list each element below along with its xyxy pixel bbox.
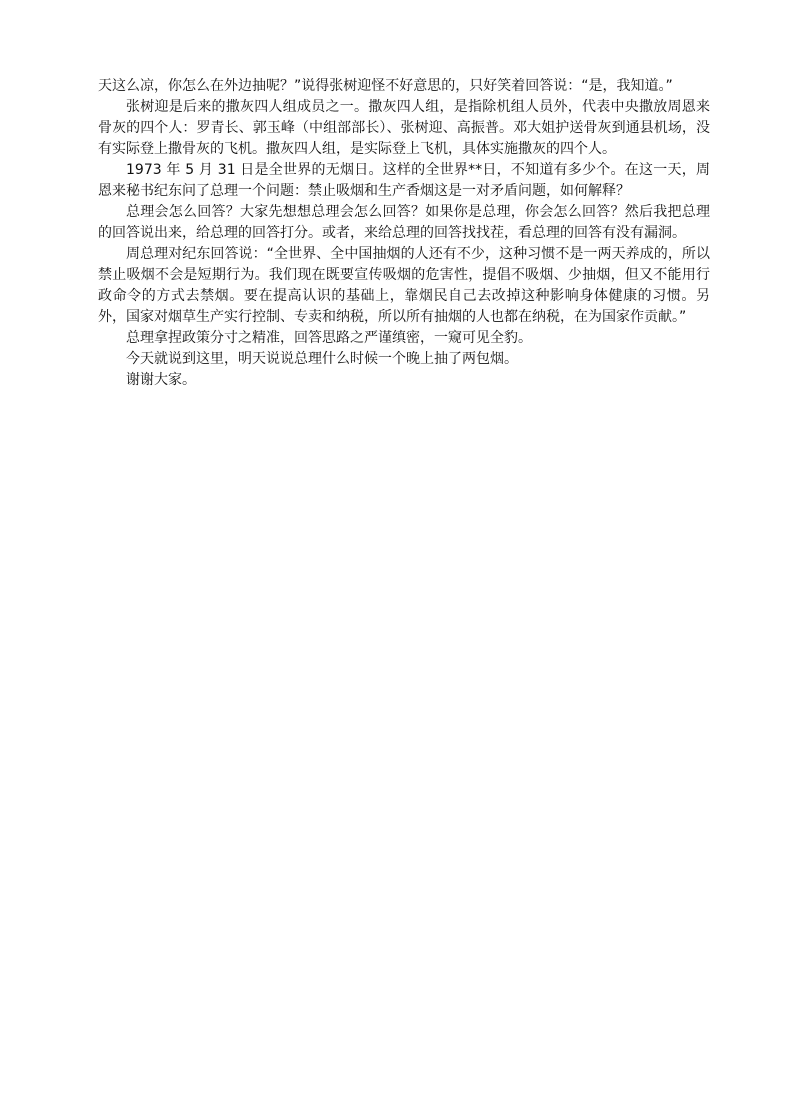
paragraph-4: 总理会怎么回答？大家先想想总理会怎么回答？如果你是总理，你会怎么回答？然后我把总… <box>98 202 710 244</box>
paragraph-2: 张树迎是后来的撒灰四人组成员之一。撒灰四人组，是指除机组人员外，代表中央撒放周恩… <box>98 97 710 160</box>
paragraph-5: 周总理对纪东回答说：“全世界、全中国抽烟的人还有不少，这种习惯不是一两天养成的，… <box>98 244 710 328</box>
paragraph-3: 1973 年 5 月 31 日是全世界的无烟日。这样的全世界**日，不知道有多少… <box>98 160 710 202</box>
paragraph-1: 天这么凉，你怎么在外边抽呢？”说得张树迎怪不好意思的，只好笑着回答说：“是，我知… <box>98 76 710 97</box>
paragraph-8: 谢谢大家。 <box>98 370 710 391</box>
document-body: 天这么凉，你怎么在外边抽呢？”说得张树迎怪不好意思的，只好笑着回答说：“是，我知… <box>98 76 710 391</box>
paragraph-7: 今天就说到这里，明天说说总理什么时候一个晚上抽了两包烟。 <box>98 349 710 370</box>
paragraph-6: 总理拿捏政策分寸之精准，回答思路之严谨缜密，一窥可见全豹。 <box>98 328 710 349</box>
